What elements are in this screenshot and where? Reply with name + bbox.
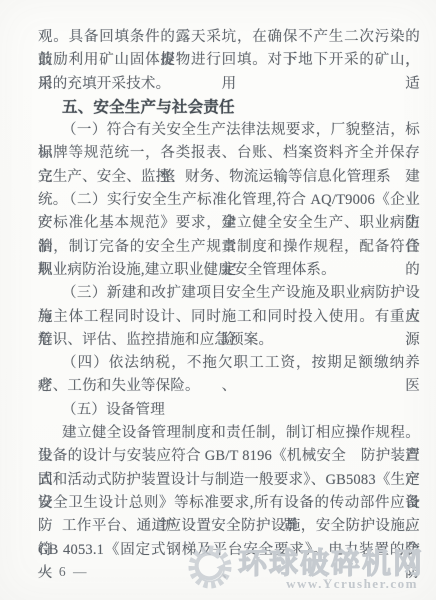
document-line: （三）新建和改扩建项目安全生产设施及职业病防护设施应 (38, 282, 420, 305)
document-line: 产标准化基本规范》要求，建立健全安全生产、职业病防治责任 (38, 212, 420, 235)
document-line: 制，制订完备的安全生产规章制度和操作规程，配备符合规定的 (38, 236, 420, 259)
document-line: （五）设备管理 (38, 399, 420, 422)
document-line: 式和活动式防护装置设计与制造一般要求》、GB5083《生产设备 (38, 469, 420, 492)
section-heading: 五、安全生产与社会责任 (38, 96, 420, 119)
document-line: 安全卫生设计总则》等标准要求,所有设备的传动部件应设防护罩。 (38, 492, 420, 515)
document-line: 设备的设计与安装应符合 GB/T 8196《机械安全 防护装置 固定 (38, 445, 420, 468)
document-line: 立生产、安全、监控、财务、物流运输等信息化管理系统。 (38, 166, 420, 189)
document-line: 与主体工程同时设计、同时施工和同时投入使用。有重大危险源 (38, 306, 420, 329)
document-line: 标牌等规范统一，各类报表、台账、档案资料齐全并保存完整，建 (38, 142, 420, 165)
document-line: 工作平台、通道应设置安全防护设施，安全防护设施应符合 (38, 515, 420, 538)
scanned-document-page: 观。具备回填条件的露天采坑，在确保不产生二次污染的前提下， 鼓励利用矿山固体废物… (0, 0, 436, 600)
document-body: 观。具备回填条件的露天采坑，在确保不产生二次污染的前提下， 鼓励利用矿山固体废物… (38, 26, 420, 562)
document-line: GB 4053.1《固定式钢梯及平台安全要求》。电力装置的防火、防 (38, 539, 420, 562)
document-line: 鼓励利用矿山固体废物进行回填。对于地下开采的矿山，采用适 (38, 49, 420, 72)
page-number: — 6 — (38, 564, 89, 580)
document-line: （一）符合有关安全生产法律法规要求，厂貌整洁，标识、 (38, 119, 420, 142)
document-line: （四）依法纳税，不拖欠职工工资，按期足额缴纳养老、医 (38, 352, 420, 375)
document-line: 观。具备回填条件的露天采坑，在确保不产生二次污染的前提下， (38, 26, 420, 49)
document-line: （二）实行安全生产标准化管理,符合 AQ/T9006《企业安全生 (38, 189, 420, 212)
document-line: 建立健全设备管理制度和责任制，制订相应操作规程。生产 (38, 422, 420, 445)
